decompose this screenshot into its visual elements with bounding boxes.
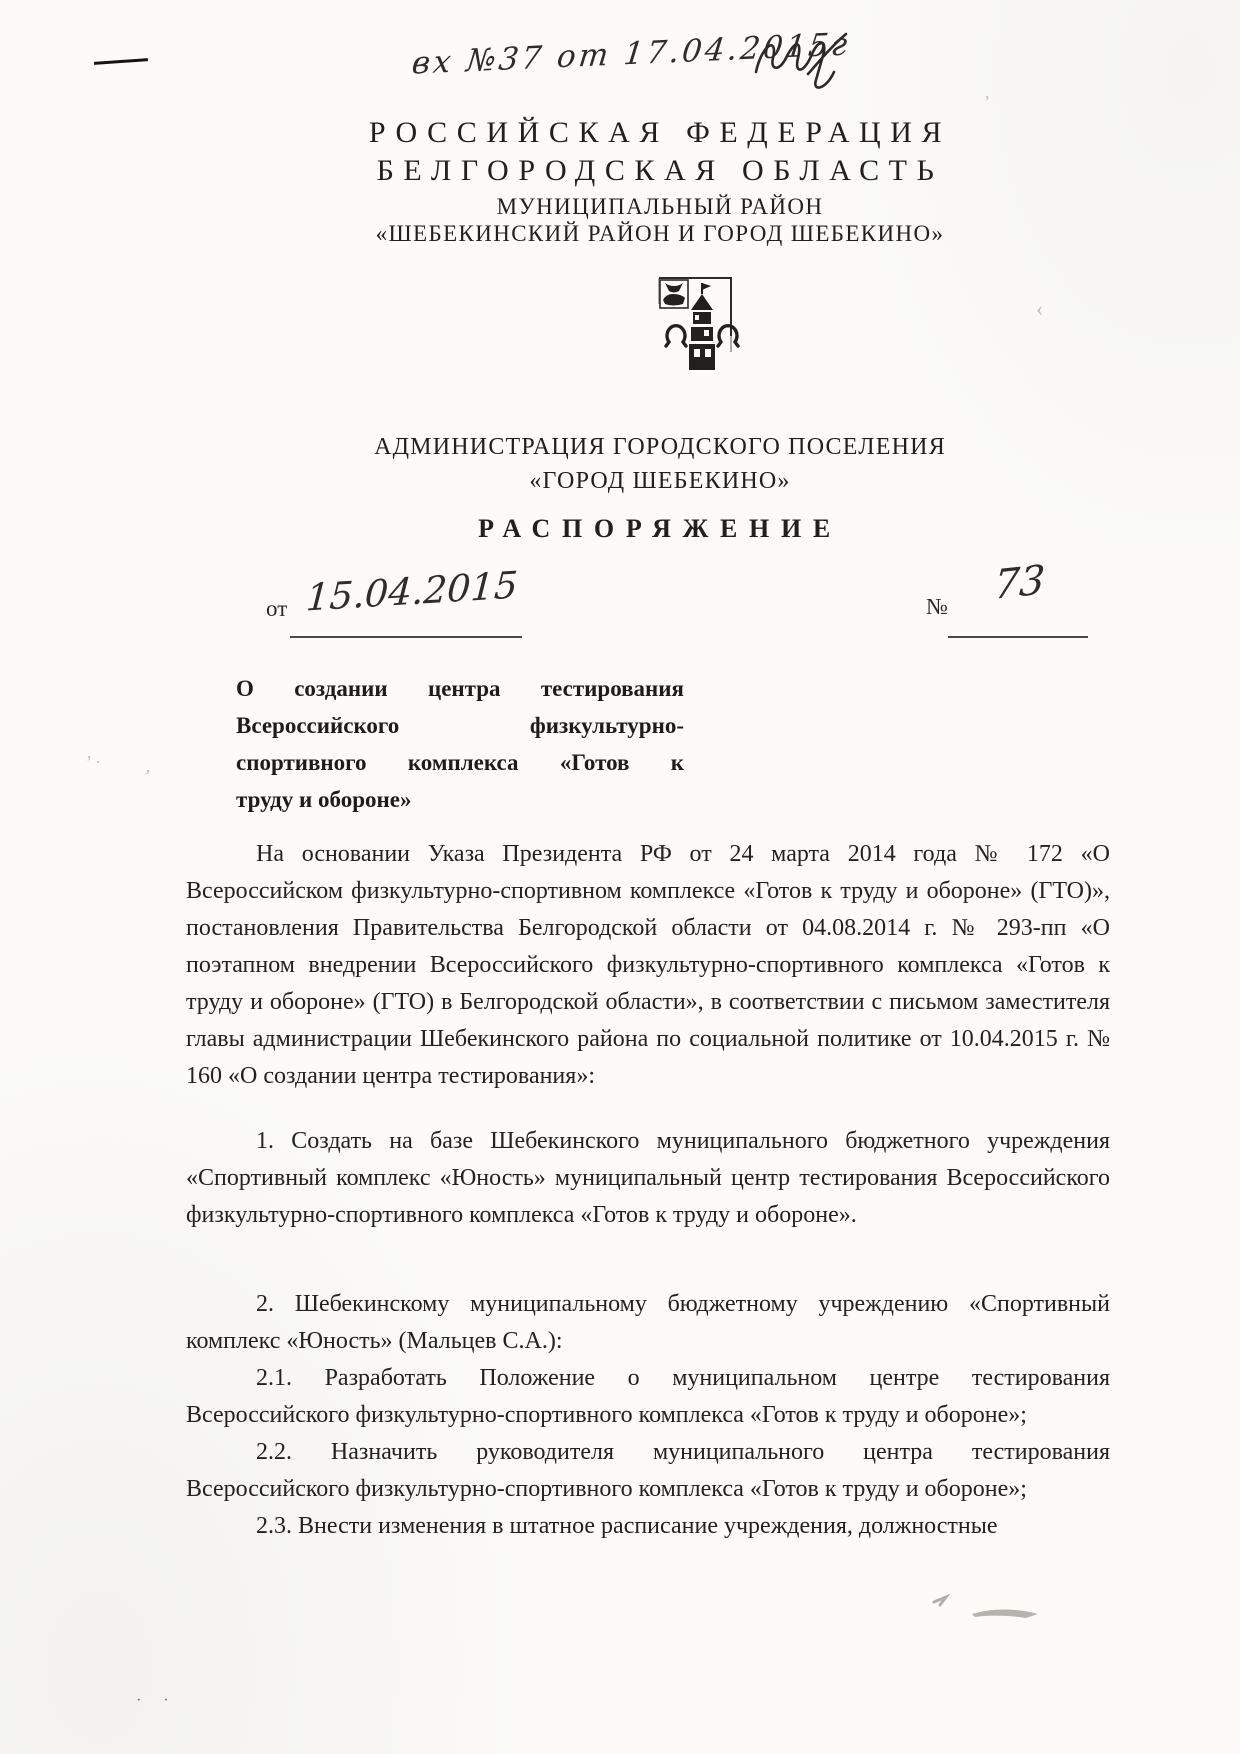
document-type-text: РАСПОРЯЖЕНИЕ [478, 514, 842, 543]
pencil-check-mark-icon [920, 1588, 1050, 1630]
organization-text-2: «ГОРОД ШЕБЕКИНО» [529, 468, 790, 494]
paragraph-item-1: 1. Создать на базе Шебекинского муниципа… [186, 1123, 1110, 1234]
date-label-text: от [266, 596, 287, 621]
organization-name-line1: АДМИНИСТРАЦИЯ ГОРОДСКОГО ПОСЕЛЕНИЯ [90, 434, 1230, 461]
scanned-document-page: вх №37 от 17.04.2015г РОССИЙСКАЯ ФЕДЕРАЦ… [0, 0, 1240, 1754]
number-label: № [926, 594, 948, 620]
paragraph-preamble: На основании Указа Президента РФ от 24 м… [186, 836, 1110, 1095]
letterhead-region: БЕЛГОРОДСКАЯ ОБЛАСТЬ [90, 154, 1230, 188]
handwritten-number: 73 [993, 557, 1047, 609]
organization-text-1: АДМИНИСТРАЦИЯ ГОРОДСКОГО ПОСЕЛЕНИЯ [374, 434, 946, 460]
number-label-text: № [926, 594, 948, 619]
subject-line: Всероссийского физкультурно- [236, 707, 684, 744]
country-text: РОССИЙСКАЯ ФЕДЕРАЦИЯ [369, 116, 951, 149]
scan-speck: ’ · [86, 752, 101, 773]
pen-dash-mark [94, 58, 148, 65]
paragraph-item-2: 2. Шебекинскому муниципальному бюджетном… [186, 1286, 1110, 1360]
scan-dots: · · [136, 1692, 178, 1710]
region-text: БЕЛГОРОДСКАЯ ОБЛАСТЬ [377, 154, 944, 187]
district-name-text: «ШЕБЕКИНСКИЙ РАЙОН И ГОРОД ШЕБЕКИНО» [376, 221, 945, 246]
paragraph-item-2-2: 2.2. Назначить руководителя муниципально… [186, 1434, 1110, 1508]
scan-speck: ’ [984, 92, 990, 113]
scan-speck: ‚ [144, 756, 154, 778]
number-value-text: 73 [993, 557, 1047, 609]
document-body: На основании Указа Президента РФ от 24 м… [186, 836, 1110, 1545]
subject-line: труду и обороне» [236, 781, 684, 818]
document-subject: О создании центра тестирования Всероссий… [236, 670, 684, 818]
paragraph-item-2-3: 2.3. Внести изменения в штатное расписан… [186, 1508, 1110, 1545]
document-type-title: РАСПОРЯЖЕНИЕ [90, 514, 1230, 544]
handwritten-date: 15.04.2015 [305, 563, 519, 619]
subject-line: О создании центра тестирования [236, 670, 684, 707]
letterhead-country: РОССИЙСКАЯ ФЕДЕРАЦИЯ [90, 116, 1230, 150]
handwritten-signature-icon [746, 28, 858, 94]
letterhead-district-name: «ШЕБЕКИНСКИЙ РАЙОН И ГОРОД ШЕБЕКИНО» [90, 221, 1230, 247]
letterhead-district-type: МУНИЦИПАЛЬНЫЙ РАЙОН [90, 194, 1230, 220]
subject-line: спортивного комплекса «Готов к [236, 744, 684, 781]
date-label: от [266, 596, 287, 622]
organization-name-line2: «ГОРОД ШЕБЕКИНО» [90, 468, 1230, 495]
scan-speck: ‹ [1036, 296, 1043, 322]
date-value-text: 15.04.2015 [305, 563, 519, 619]
number-underline [948, 636, 1088, 638]
district-type-text: МУНИЦИПАЛЬНЫЙ РАЙОН [497, 194, 824, 219]
paragraph-item-2-1: 2.1. Разработать Положение о муниципальн… [186, 1360, 1110, 1434]
coat-of-arms-icon [645, 274, 741, 374]
date-underline [290, 636, 522, 638]
